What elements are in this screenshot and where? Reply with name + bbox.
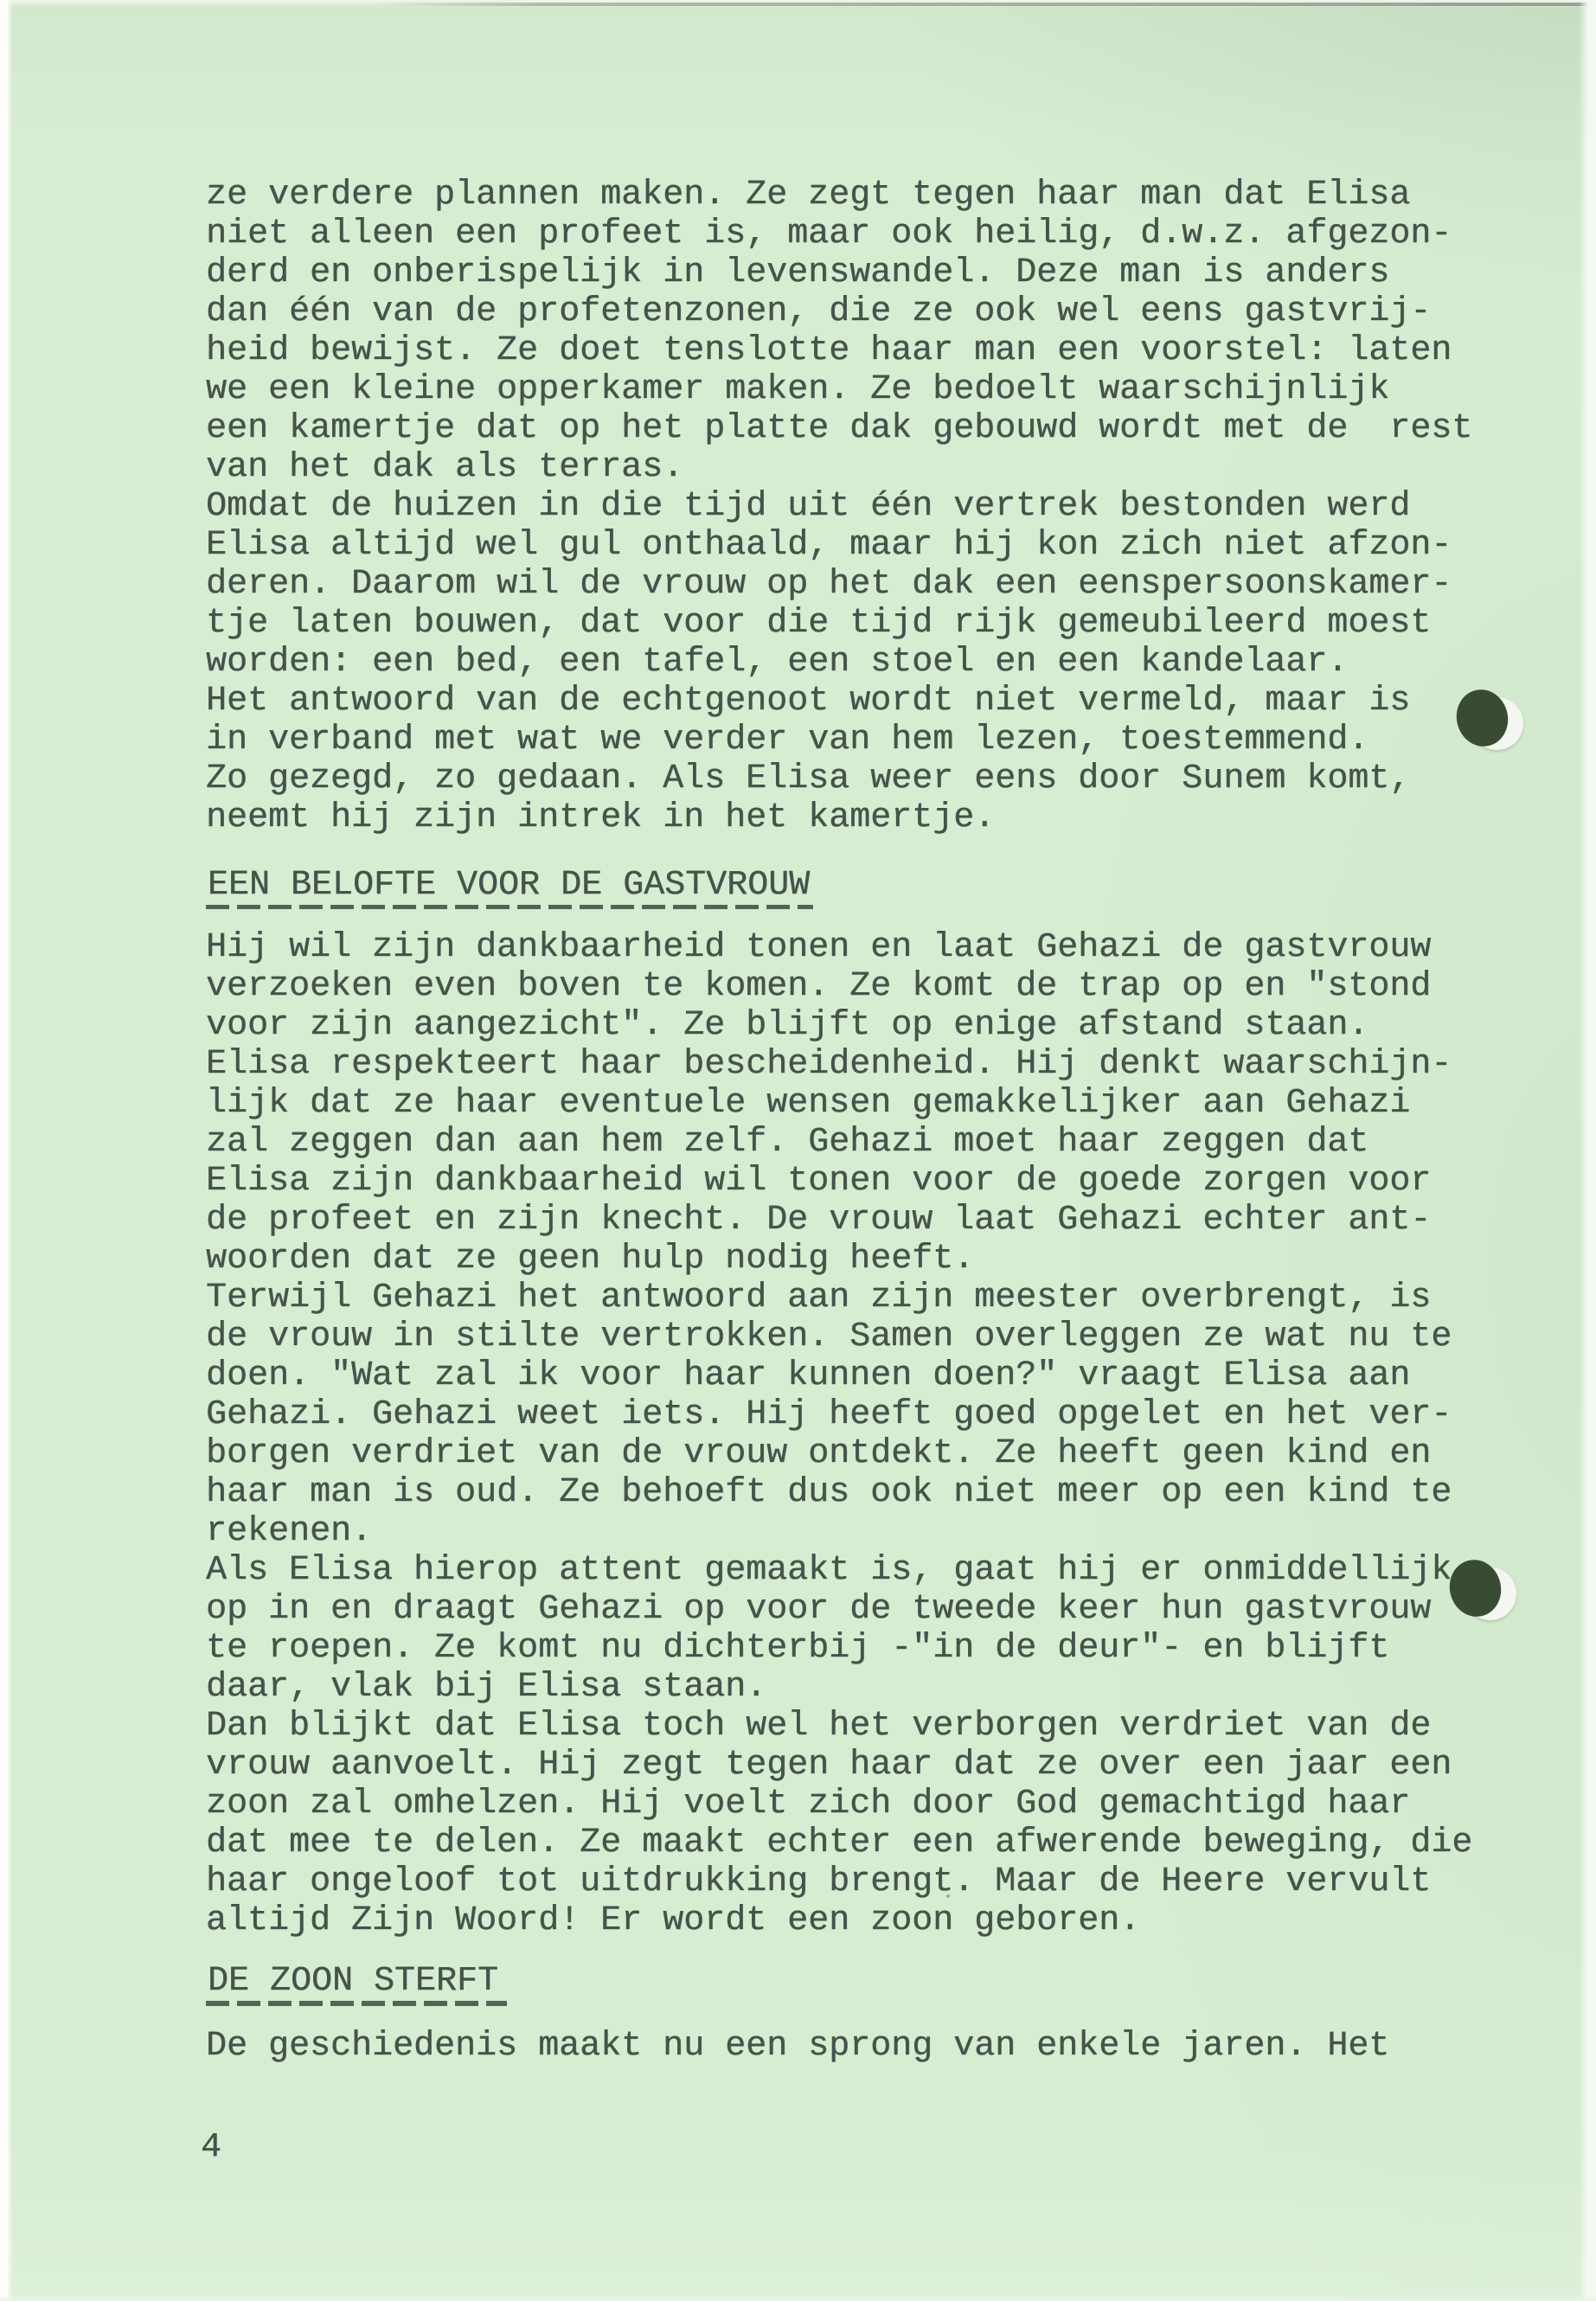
page-top-edge-line: [372, 3, 1596, 6]
document-page: ze verdere plannen maken. Ze zegt tegen …: [0, 0, 1596, 2301]
page-right-edge: [1579, 0, 1596, 2301]
section-heading-zoon-sterft: DE ZOON STERFT: [208, 1962, 498, 2001]
page-left-edge: [0, 0, 13, 2301]
punch-hole-top: [1457, 689, 1526, 755]
paragraph-opperkamer: ze verdere plannen maken. Ze zegt tegen …: [206, 176, 1521, 837]
page-bottom-edge: [0, 2295, 1596, 2301]
section-heading-belofte-gastvrouw: EEN BELOFTE VOOR DE GASTVROUW: [208, 866, 810, 905]
punch-hole-bottom: [1450, 1560, 1519, 1625]
paragraph-zoon-sterft: De geschiedenis maakt nu een sprong van …: [206, 2027, 1521, 2066]
heading-underline-belofte: [206, 905, 813, 909]
page-number: 4: [201, 2128, 221, 2167]
paper-speck: [946, 1894, 950, 1898]
heading-underline-zoon-sterft: [206, 2001, 507, 2006]
paragraph-belofte-gastvrouw: Hij wil zijn dankbaarheid tonen en laat …: [206, 928, 1521, 1940]
paper-speck: [728, 875, 731, 879]
